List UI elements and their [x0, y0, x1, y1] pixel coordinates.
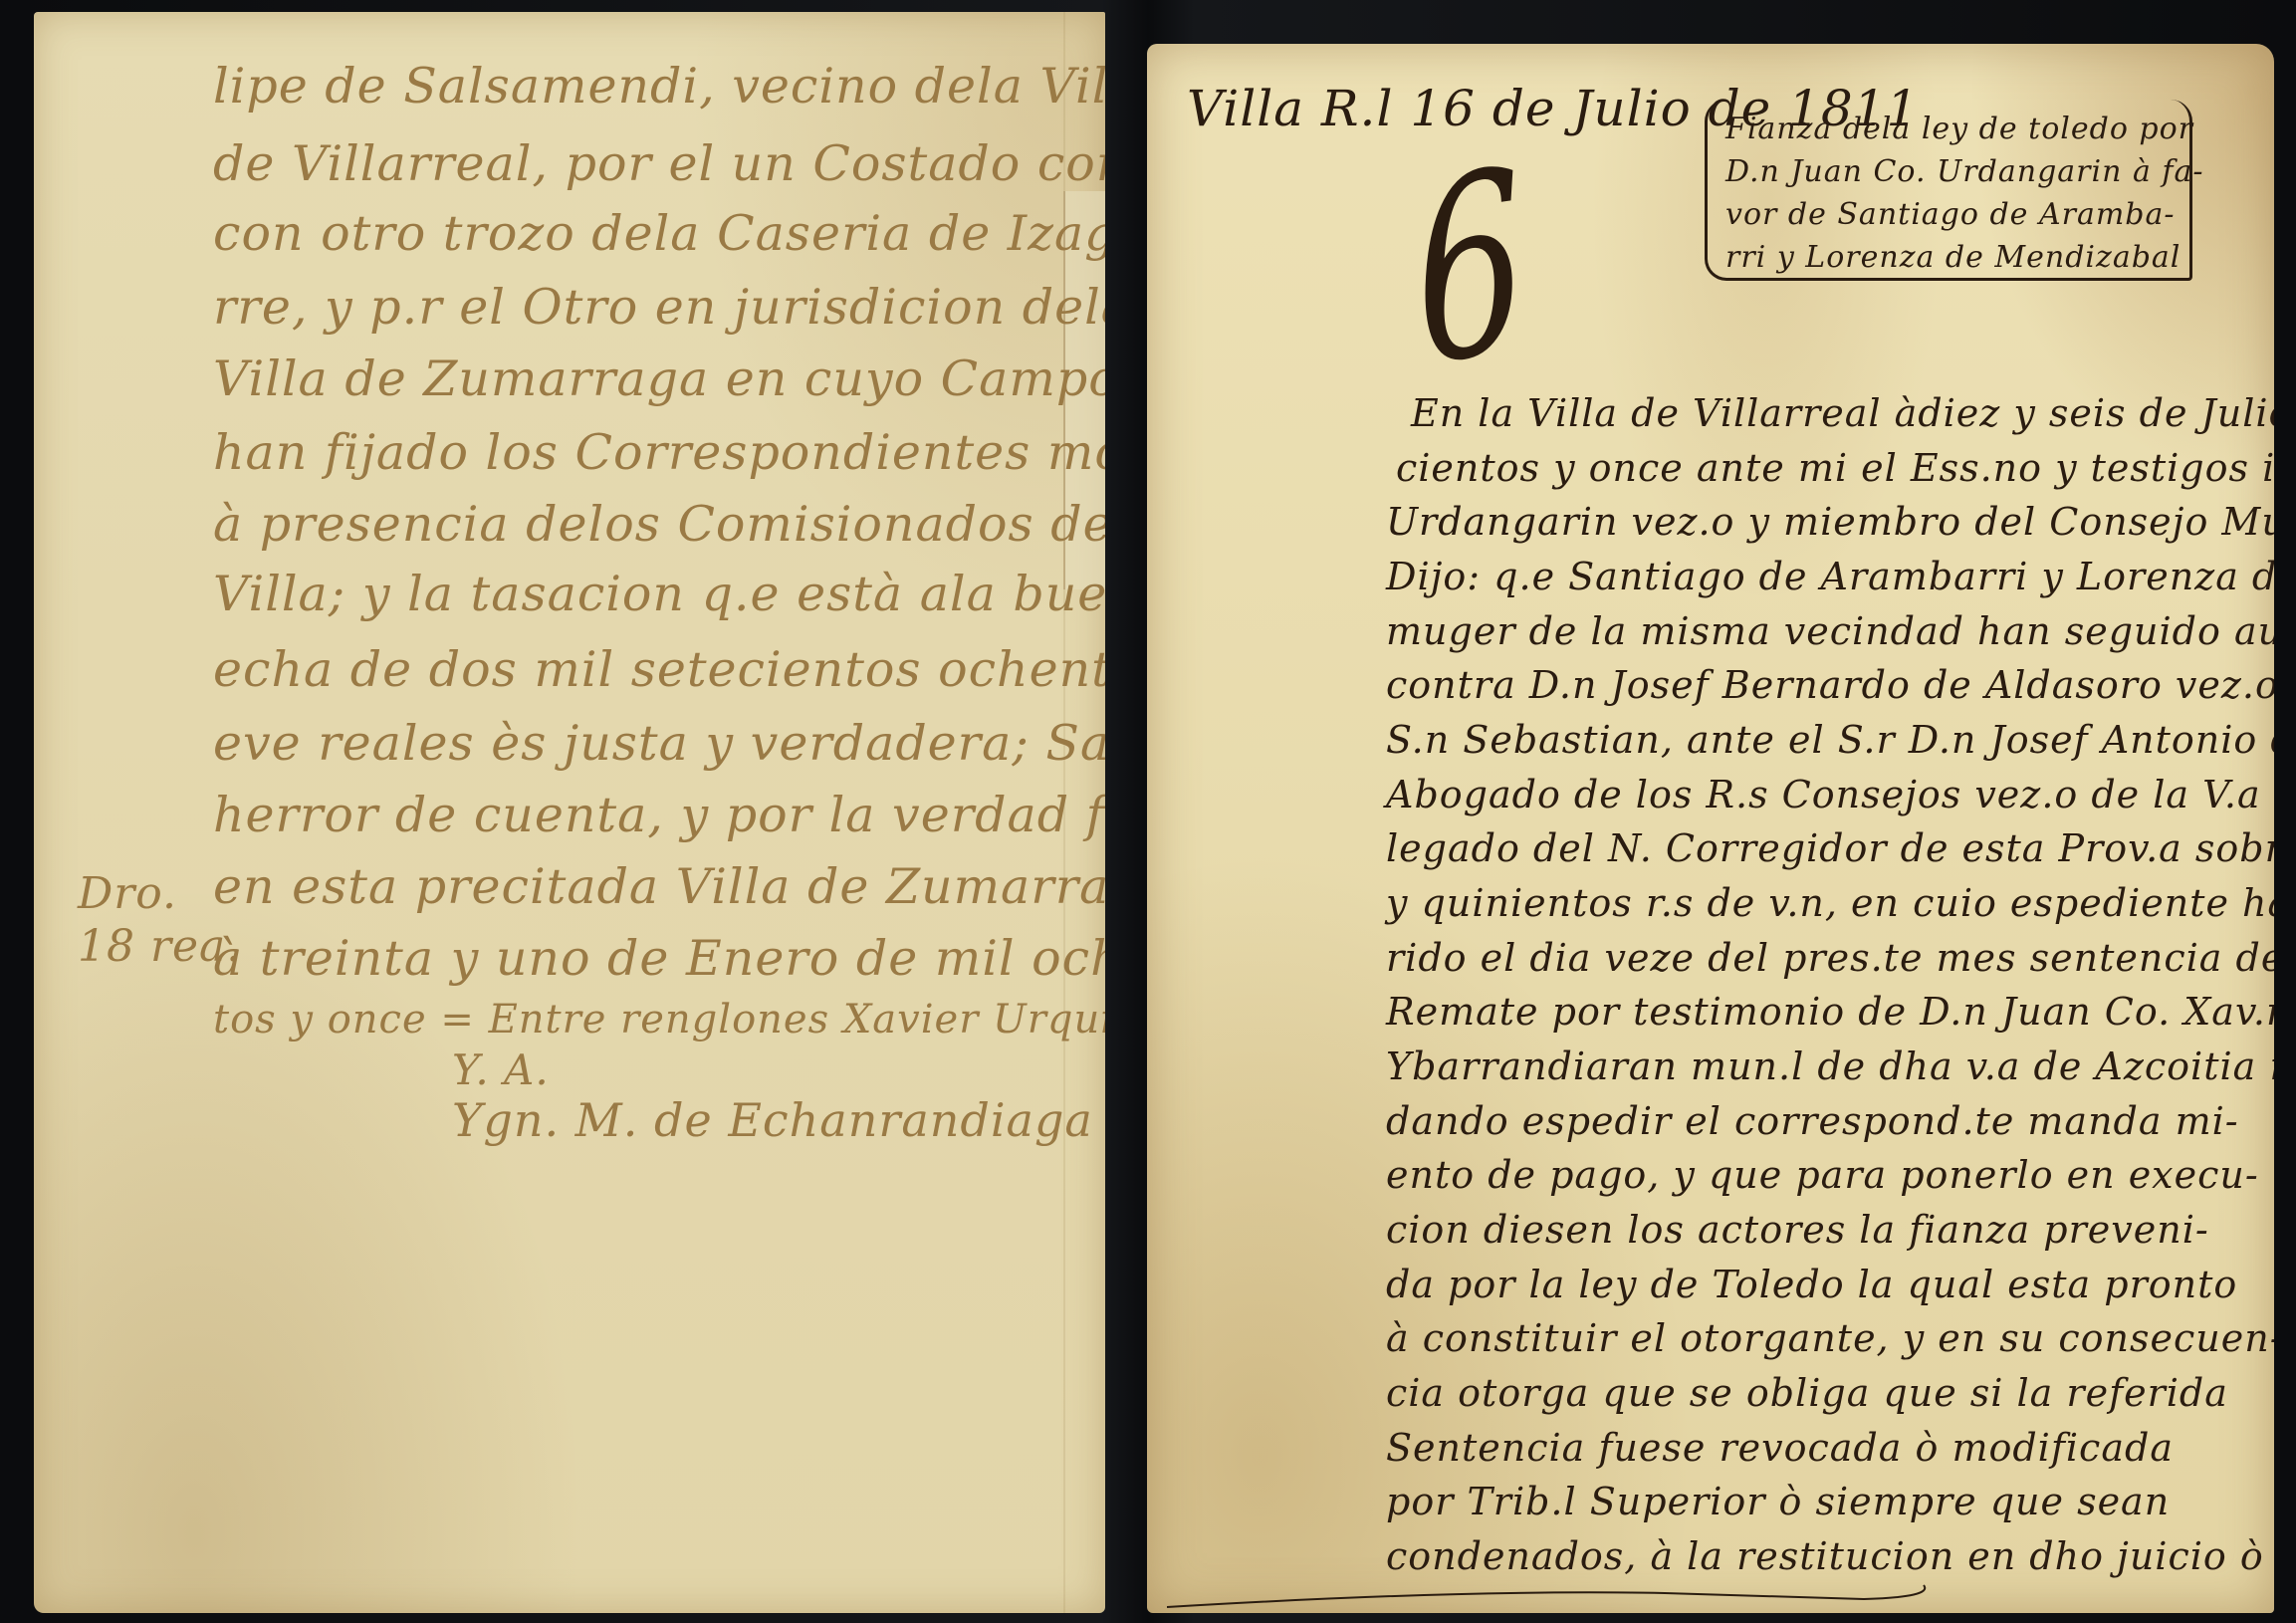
summary-box: Fianza dela ley de toledo por D.n Juan C… — [1705, 100, 2192, 281]
left-line-12: en esta precitada Villa de Zumarraga — [213, 862, 1105, 911]
right-line-17: da por la ley de Toledo la qual esta pro… — [1386, 1266, 2237, 1303]
right-line-9: legado del N. Corregidor de esta Prov.a … — [1386, 829, 2274, 867]
right-line-20: Sentencia fuese revocada ò modificada — [1386, 1429, 2174, 1467]
left-line-8: Villa; y la tasacion q.e està ala buelta… — [213, 570, 1105, 618]
left-line-9: echa de dos mil setecientos ochenta y nu… — [213, 645, 1105, 694]
document-viewer: lipe de Salsamendi, vecino dela Villa de… — [0, 0, 2296, 1623]
left-line-4: rre, y p.r el Otro en jurisdicion dela d… — [213, 283, 1105, 332]
left-line-1: lipe de Salsamendi, vecino dela Villa — [213, 62, 1105, 111]
margin-note-line-1: Dro. — [78, 868, 241, 921]
left-line-14: tos y once = Entre renglones Xavier Urqu… — [213, 1000, 1105, 1040]
right-line-3: Urdangarin vez.o y miembro del Consejo M… — [1386, 503, 2274, 541]
left-line-10: eve reales ès justa y verdadera; Salbo — [213, 719, 1105, 768]
right-line-7: S.n Sebastian, ante el S.r D.n Josef Ant… — [1386, 721, 2274, 759]
right-line-11: rido el dia veze del pres.te mes sentenc… — [1386, 939, 2274, 977]
folio-number: 6 — [1406, 136, 1534, 400]
right-line-6: contra D.n Josef Bernardo de Aldasoro ve… — [1386, 666, 2274, 704]
right-line-21: por Trib.l Superior ò siempre que sean — [1386, 1483, 2170, 1520]
right-line-12: Remate por testimonio de D.n Juan Co. Xa… — [1386, 993, 2274, 1031]
summary-line-1: Fianza dela ley de toledo por — [1725, 108, 2172, 150]
right-line-10: y quinientos r.s de v.n, en cuio espedie… — [1386, 884, 2274, 922]
right-line-8: Abogado de los R.s Consejos vez.o de la … — [1386, 776, 2274, 813]
right-line-5: muger de la misma vecindad han seguido a… — [1386, 612, 2274, 650]
summary-line-4: rri y Lorenza de Mendizabal — [1725, 236, 2172, 279]
left-page: lipe de Salsamendi, vecino dela Villa de… — [34, 12, 1105, 1613]
right-line-18: à constituir el otorgante, y en su conse… — [1386, 1319, 2274, 1357]
margin-note-line-2: 18 rea. — [78, 921, 241, 974]
right-line-15: ento de pago, y que para ponerlo en exec… — [1386, 1156, 2259, 1194]
left-line-6: han fijado los Correspondientes mojones — [213, 428, 1105, 477]
right-line-19: cia otorga que se obliga que si la refer… — [1386, 1374, 2228, 1412]
right-line-16: cion diesen los actores la fianza preven… — [1386, 1211, 2209, 1249]
right-line-1: En la Villa de Villarreal àdiez y seis d… — [1411, 394, 2274, 432]
summary-line-3: vor de Santiago de Aramba- — [1725, 193, 2172, 236]
left-line-7: à presencia delos Comisionados de d.ha — [213, 500, 1105, 549]
left-line-5: Villa de Zumarraga en cuyo Campo se — [213, 354, 1105, 403]
right-line-13: Ybarrandiaran mun.l de dha v.a de Azcoit… — [1386, 1047, 2274, 1085]
left-line-3: con otro trozo dela Caseria de Izaguir- — [213, 209, 1105, 258]
right-line-22: condenados, à la restitucion en dho juic… — [1386, 1537, 2264, 1575]
margin-note: Dro. 18 rea. — [78, 868, 241, 974]
signature-prefix: Y. A. — [452, 1049, 550, 1091]
left-line-11: herror de cuenta, y por la verdad firmè — [213, 791, 1105, 839]
right-line-4: Dijo: q.e Santiago de Arambarri y Lorenz… — [1386, 558, 2274, 595]
closing-flourish — [1167, 1581, 1944, 1611]
left-line-2: de Villarreal, por el un Costado confina — [213, 139, 1105, 188]
right-page: Villa R.l 16 de Julio de 1811 6 Fianza d… — [1147, 44, 2274, 1613]
left-line-13: à treinta y uno de Enero de mil ochocien… — [213, 934, 1105, 983]
summary-line-2: D.n Juan Co. Urdangarin à fa- — [1725, 150, 2172, 193]
signature: Ygn. M. de Echanrandiaga — [452, 1097, 1093, 1143]
right-line-14: dando espedir el correspond.te manda mi- — [1386, 1102, 2239, 1140]
right-line-2: cientos y once ante mi el Ess.no y testi… — [1396, 449, 2274, 487]
